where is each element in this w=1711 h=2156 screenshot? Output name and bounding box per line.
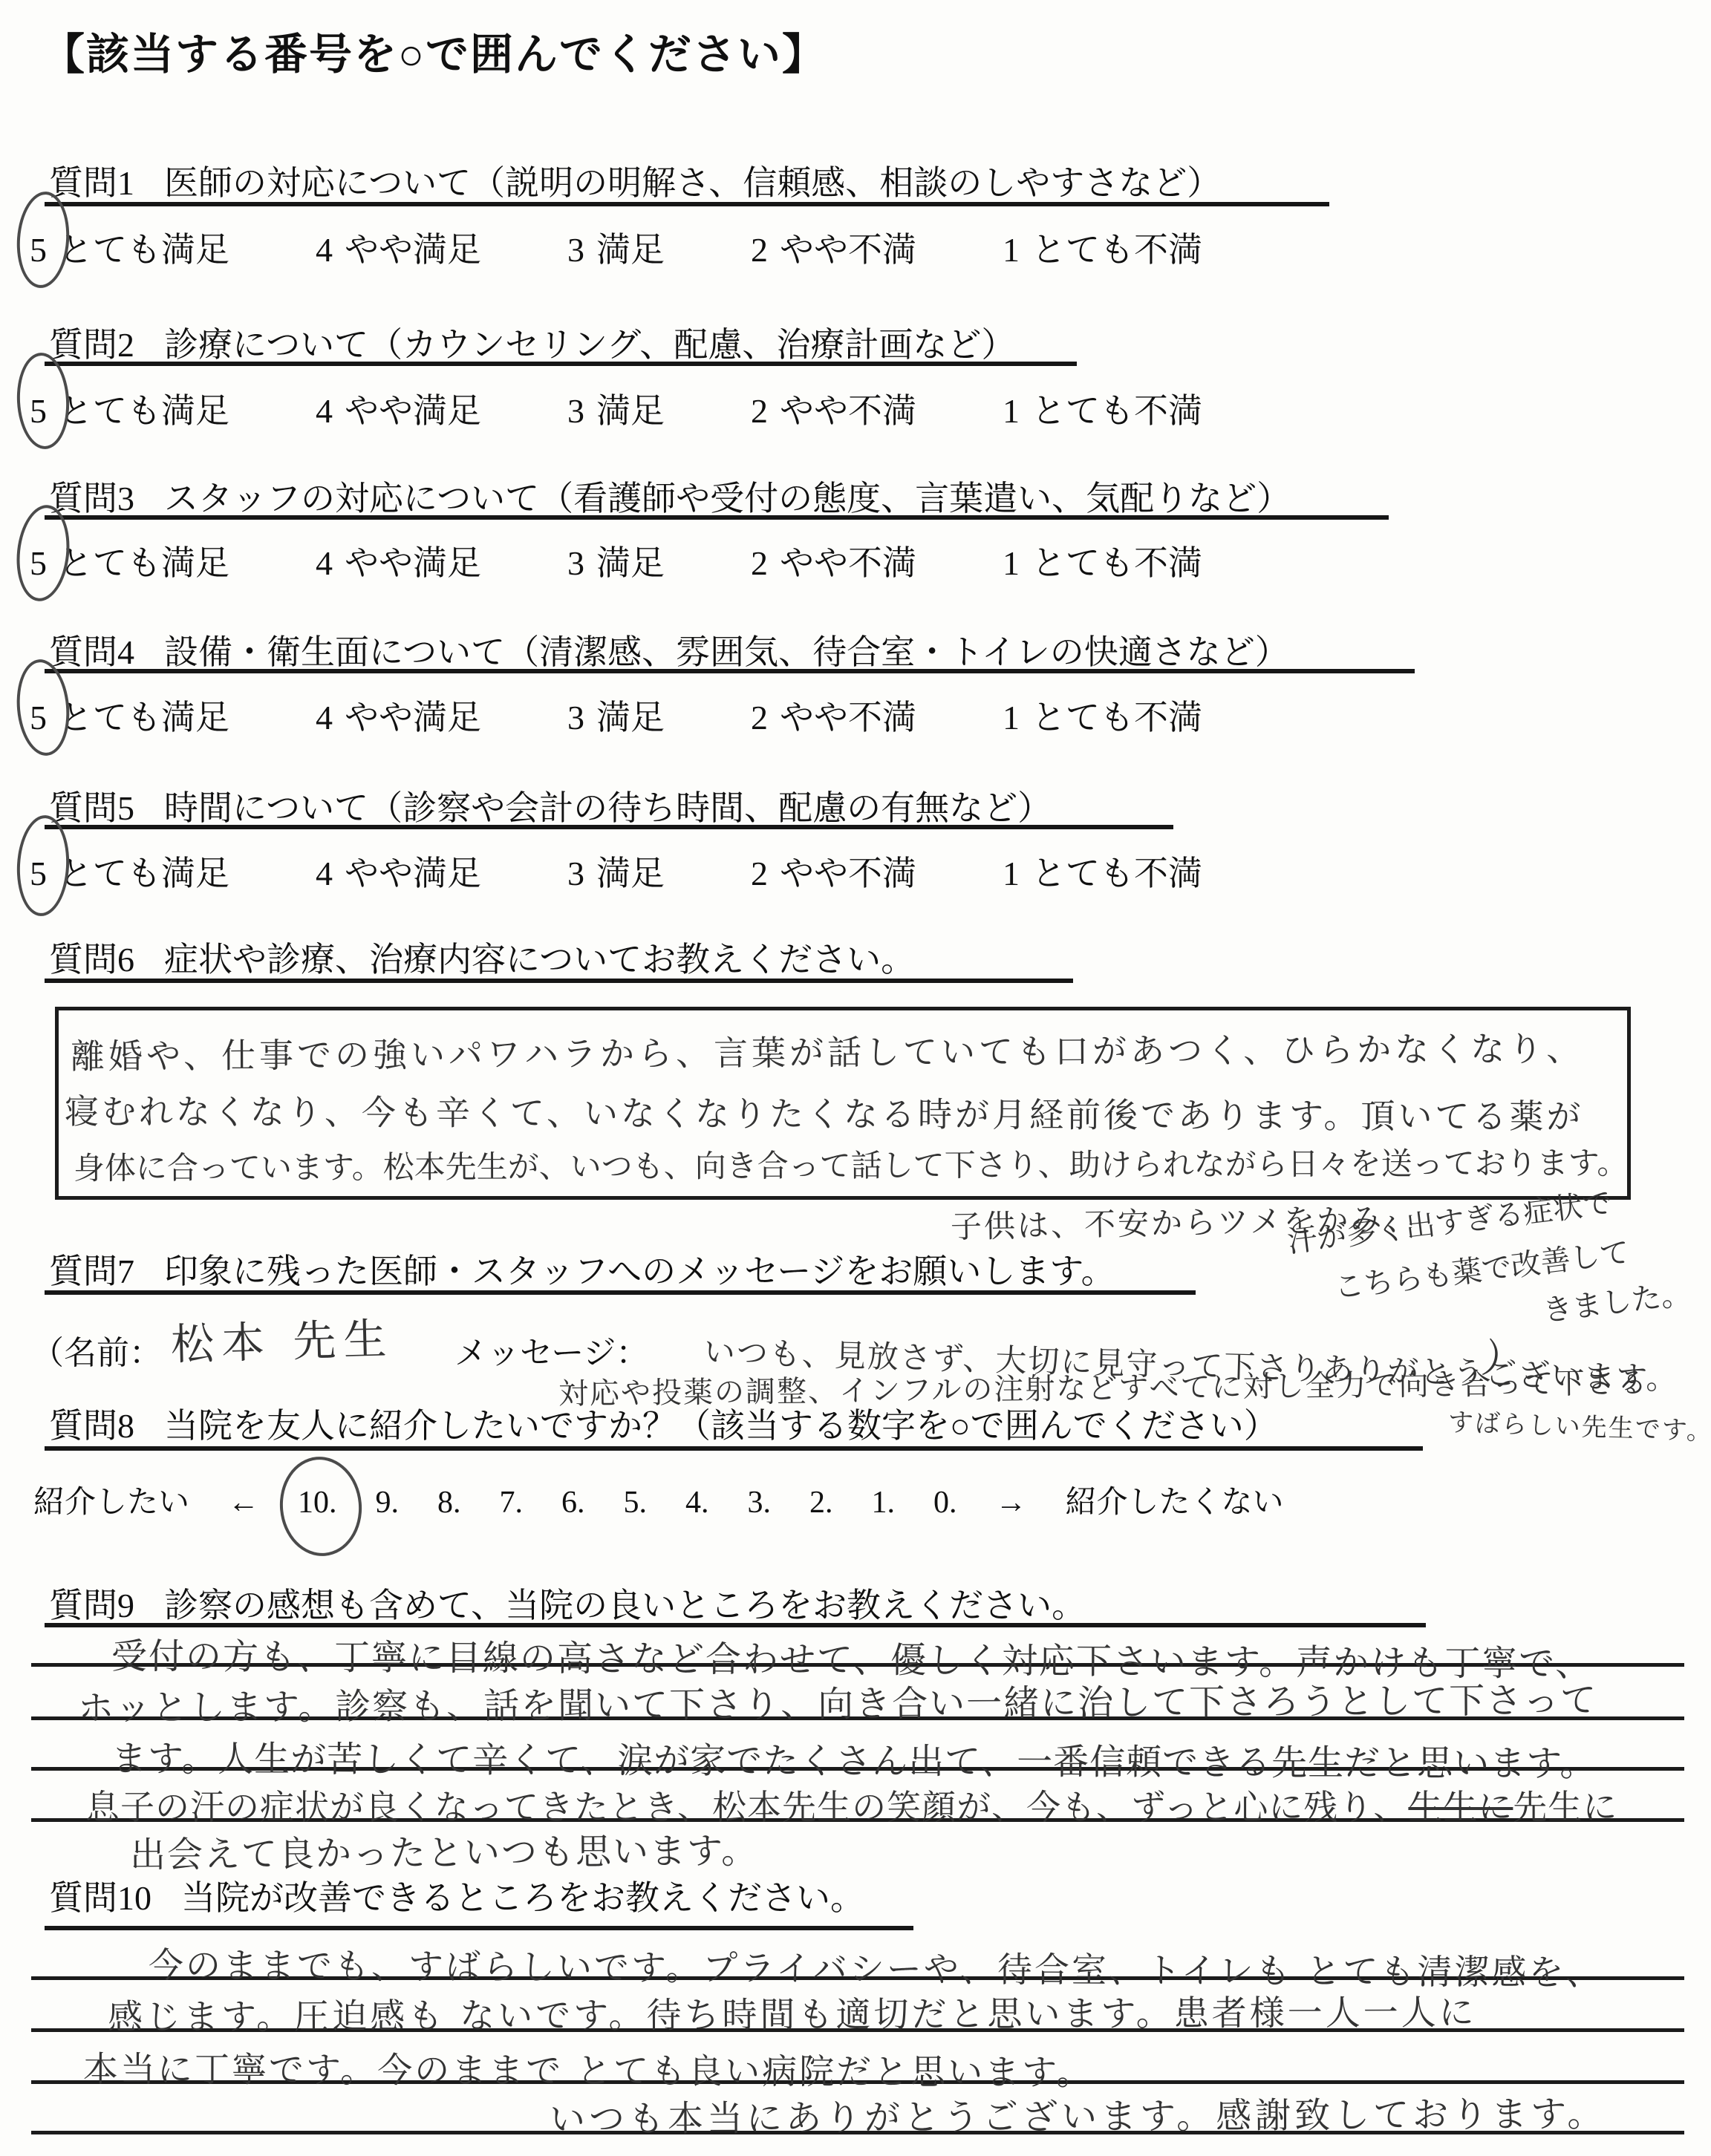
option-rating-2: 2やや不満 <box>751 846 916 895</box>
option-number: 1 <box>1003 698 1020 737</box>
question-5-underline <box>45 825 1173 829</box>
option-rating-1: 1とても不満 <box>1003 846 1202 895</box>
option-number: 2 <box>751 230 768 269</box>
answer-text: 息子の汗の症状が良くなってきたとき、松本先生の笑顔が、今も、ずっと心に残り、 <box>85 1787 1408 1827</box>
question-4-number: 質問4 <box>49 633 134 671</box>
question-3-title: スタッフの対応について（看護師や受付の態度、言葉遣い、気配りなど） <box>164 480 1291 517</box>
option-label: とても不満 <box>1032 690 1202 739</box>
option-number: 2 <box>751 543 768 583</box>
option-rating-4: 4やや満足 <box>316 690 481 739</box>
option-label: やや不満 <box>780 846 916 895</box>
question-4-options: 5とても満足 4やや満足 3満足 2やや不満 1とても不満 <box>30 690 1202 739</box>
question-10-number: 質問10 <box>49 1879 151 1917</box>
option-number: 3 <box>567 391 584 431</box>
option-number: 2 <box>751 391 768 431</box>
question-7-underline <box>45 1290 1196 1295</box>
handwritten-praise-note: すばらしい先生です。 <box>1447 1402 1711 1447</box>
option-number: 2 <box>751 698 768 737</box>
scale-number-6: 6. <box>561 1485 585 1520</box>
question-1-underline <box>45 202 1329 206</box>
handwritten-answer-line: 出会えて良かったといつも思います。 <box>130 1822 759 1878</box>
handwritten-answer-line: 離婚や、仕事での強いパワハラから、言葉が話していても口があつく、ひらかなくなり、 <box>71 1022 1584 1079</box>
handwritten-answer-line: 本当に丁寧です。今のままで とても良い病院だと思います。 <box>83 2042 1094 2095</box>
option-rating-1: 1とても不満 <box>1003 690 1202 739</box>
question-8-number: 質問8 <box>49 1407 134 1445</box>
option-label: とても満足 <box>59 384 229 433</box>
question-9-number: 質問9 <box>49 1587 134 1624</box>
question-8-title: 当院を友人に紹介したいですか？（該当する数字を○で囲んでください） <box>164 1407 1278 1445</box>
question-6-number: 質問6 <box>49 941 134 979</box>
question-4-title: 設備・衛生面について（清潔感、雰囲気、待合室・トイレの快適さなど） <box>164 633 1289 671</box>
scale-number-1: 1. <box>872 1485 896 1520</box>
question-8-scale-row: 紹介したい ← 10. 9. 8. 7. 6. 5. 4. 3. 2. 1. 0… <box>33 1477 1284 1522</box>
scale-number-10: 10. <box>298 1485 337 1520</box>
question-4-underline <box>45 669 1415 673</box>
question-9-header: 質問9診察の感想も含めて、当院の良いところをお教えください。 <box>49 1578 1086 1627</box>
handwritten-answer-line: 身体に合っています。松本先生が、いつも、向き合って話して下さり、助けられながら日… <box>74 1139 1628 1189</box>
option-label: やや不満 <box>780 536 916 585</box>
option-rating-5: 5とても満足 <box>30 536 229 585</box>
question-5-header: 質問5時間について（診察や会計の待ち時間、配慮の有無など） <box>49 781 1052 830</box>
option-label: とても満足 <box>59 223 229 272</box>
handwritten-answer-line: ます。人生が苦しくて辛くて、涙が家でたくさん出て、一番信頼できる先生だと思います… <box>111 1730 1597 1786</box>
option-rating-1: 1とても不満 <box>1003 384 1202 433</box>
option-number: 1 <box>1003 543 1020 583</box>
option-number: 1 <box>1003 391 1020 431</box>
question-2-header: 質問2診療について（カウンセリング、配慮、治療計画など） <box>49 318 1015 367</box>
question-6-header: 質問6症状や診療、治療内容についてお教えください。 <box>49 932 915 981</box>
scale-number-2: 2. <box>809 1485 833 1520</box>
question-6-title: 症状や診療、治療内容についてお教えください。 <box>164 941 915 979</box>
option-number: 2 <box>751 854 768 893</box>
option-rating-3: 3満足 <box>567 384 665 433</box>
option-rating-5: 5とても満足 <box>30 223 229 272</box>
option-label: 満足 <box>596 223 665 272</box>
option-rating-4: 4やや満足 <box>316 536 481 585</box>
option-rating-4: 4やや満足 <box>316 384 481 433</box>
question-8-underline <box>45 1446 1423 1451</box>
option-rating-1: 1とても不満 <box>1003 223 1202 272</box>
option-label: 満足 <box>596 536 665 585</box>
handwritten-name-value: 松本 先生 <box>170 1304 395 1372</box>
question-2-options: 5とても満足 4やや満足 3満足 2やや不満 1とても不満 <box>30 384 1202 433</box>
question-1-title: 医師の対応について（説明の明解さ、信頼感、相談のしやすさなど） <box>164 164 1221 202</box>
scale-number-7: 7. <box>500 1485 524 1520</box>
option-rating-5: 5とても満足 <box>30 846 229 895</box>
name-field-label: （名前： <box>31 1326 162 1373</box>
option-rating-3: 3満足 <box>567 223 665 272</box>
question-9-underline <box>45 1623 1426 1627</box>
option-rating-3: 3満足 <box>567 690 665 739</box>
question-7-header: 質問7印象に残った医師・スタッフへのメッセージをお願いします。 <box>49 1244 1115 1293</box>
option-number: 3 <box>567 543 584 583</box>
option-rating-2: 2やや不満 <box>751 384 916 433</box>
right-arrow-icon: → <box>996 1485 1027 1520</box>
handwritten-answer-line: 感じます。圧迫感も ないです。待ち時間も適切だと思います。患者様一人一人に <box>108 1985 1477 2039</box>
option-label: とても不満 <box>1032 846 1202 895</box>
option-number: 4 <box>316 391 333 431</box>
option-rating-2: 2やや不満 <box>751 536 916 585</box>
survey-scan-page: 【該当する番号を○で囲んでください】 質問1医師の対応について（説明の明解さ、信… <box>0 0 1711 2156</box>
option-label: やや満足 <box>345 690 481 739</box>
question-1-options: 5とても満足 4やや満足 3満足 2やや不満 1とても不満 <box>30 223 1202 272</box>
option-number: 4 <box>316 698 333 737</box>
option-label: とても満足 <box>59 846 229 895</box>
question-4-header: 質問4設備・衛生面について（清潔感、雰囲気、待合室・トイレの快適さなど） <box>49 625 1289 674</box>
question-5-options: 5とても満足 4やや満足 3満足 2やや不満 1とても不満 <box>30 846 1202 895</box>
option-label: とても満足 <box>59 690 229 739</box>
question-10-title: 当院が改善できるところをお教えください。 <box>181 1879 864 1917</box>
answer-text: 先生に <box>1513 1787 1617 1827</box>
option-number: 4 <box>316 854 333 893</box>
option-number: 4 <box>316 230 333 269</box>
struck-out-text: 生生に <box>1408 1787 1513 1827</box>
question-3-number: 質問3 <box>49 480 134 517</box>
option-number: 3 <box>567 854 584 893</box>
option-label: やや不満 <box>780 384 916 433</box>
page-title: 【該当する番号を○で囲んでください】 <box>42 19 827 82</box>
scale-number-4: 4. <box>685 1485 709 1520</box>
handwritten-answer-line: 寝むれなくなり、今も辛くて、いなくなりたくなる時が月経前後であります。頂いてる薬… <box>65 1085 1584 1139</box>
option-rating-2: 2やや不満 <box>751 690 916 739</box>
question-6-underline <box>45 979 1073 983</box>
option-rating-3: 3満足 <box>567 536 665 585</box>
question-2-underline <box>45 362 1077 366</box>
question-1-header: 質問1医師の対応について（説明の明解さ、信頼感、相談のしやすさなど） <box>49 156 1221 205</box>
option-rating-3: 3満足 <box>567 846 665 895</box>
option-label: 満足 <box>596 384 665 433</box>
option-label: 満足 <box>596 846 665 895</box>
scale-number-0: 0. <box>933 1485 957 1520</box>
handwritten-answer-line: いつも本当にありがとうございます。感謝致しております。 <box>550 2085 1607 2142</box>
question-1-number: 質問1 <box>49 164 134 202</box>
option-label: とても不満 <box>1032 384 1202 433</box>
option-label: やや満足 <box>345 223 481 272</box>
option-label: やや不満 <box>780 223 916 272</box>
option-number: 1 <box>1003 854 1020 893</box>
question-7-title: 印象に残った医師・スタッフへのメッセージをお願いします。 <box>164 1252 1115 1290</box>
option-label: とても不満 <box>1032 536 1202 585</box>
option-label: とても満足 <box>59 536 229 585</box>
option-rating-1: 1とても不満 <box>1003 536 1202 585</box>
message-field-label: メッセージ： <box>454 1326 648 1373</box>
scale-number-3: 3. <box>748 1485 772 1520</box>
option-label: 満足 <box>596 690 665 739</box>
option-label: やや不満 <box>780 690 916 739</box>
question-6-answer-box: 離婚や、仕事での強いパワハラから、言葉が話していても口があつく、ひらかなくなり、… <box>55 1007 1631 1200</box>
option-rating-4: 4やや満足 <box>316 846 481 895</box>
handwritten-answer-line: ホッとします。診察も、話を聞いて下さり、向き合い一緒に治して下さろうとして下さっ… <box>78 1671 1598 1731</box>
question-7-number: 質問7 <box>49 1252 134 1290</box>
option-number: 3 <box>567 698 584 737</box>
handwritten-circle-annotation <box>276 1453 365 1559</box>
question-3-options: 5とても満足 4やや満足 3満足 2やや不満 1とても不満 <box>30 536 1202 585</box>
question-2-title: 診療について（カウンセリング、配慮、治療計画など） <box>164 326 1015 364</box>
question-3-underline <box>45 515 1389 520</box>
option-rating-2: 2やや不満 <box>751 223 916 272</box>
option-label: やや満足 <box>345 846 481 895</box>
scale-number-8: 8. <box>437 1485 461 1520</box>
question-8-header: 質問8当院を友人に紹介したいですか？（該当する数字を○で囲んでください） <box>49 1399 1278 1448</box>
scale-number-5: 5. <box>624 1485 648 1520</box>
question-5-number: 質問5 <box>49 789 134 827</box>
handwritten-answer-line: 息子の汗の症状が良くなってきたとき、松本先生の笑顔が、今も、ずっと心に残り、生生… <box>85 1780 1617 1829</box>
option-label: やや満足 <box>345 536 481 585</box>
question-5-title: 時間について（診察や会計の待ち時間、配慮の有無など） <box>164 789 1052 827</box>
option-label: やや満足 <box>345 384 481 433</box>
question-2-number: 質問2 <box>49 326 134 364</box>
question-3-header: 質問3スタッフの対応について（看護師や受付の態度、言葉遣い、気配りなど） <box>49 471 1291 520</box>
option-label: とても不満 <box>1032 223 1202 272</box>
option-rating-5: 5とても満足 <box>30 690 229 739</box>
left-arrow-icon: ← <box>228 1485 259 1520</box>
option-rating-5: 5とても満足 <box>30 384 229 433</box>
option-number: 1 <box>1003 230 1020 269</box>
question-10-underline <box>45 1926 913 1930</box>
option-number: 4 <box>316 543 333 583</box>
scale-left-label: 紹介したい <box>33 1477 189 1522</box>
scale-number-9: 9. <box>376 1485 400 1520</box>
question-9-title: 診察の感想も含めて、当院の良いところをお教えください。 <box>164 1587 1086 1624</box>
option-number: 3 <box>567 230 584 269</box>
scale-right-label: 紹介したくない <box>1066 1477 1284 1522</box>
question-10-header: 質問10当院が改善できるところをお教えください。 <box>49 1871 864 1920</box>
option-rating-4: 4やや満足 <box>316 223 481 272</box>
